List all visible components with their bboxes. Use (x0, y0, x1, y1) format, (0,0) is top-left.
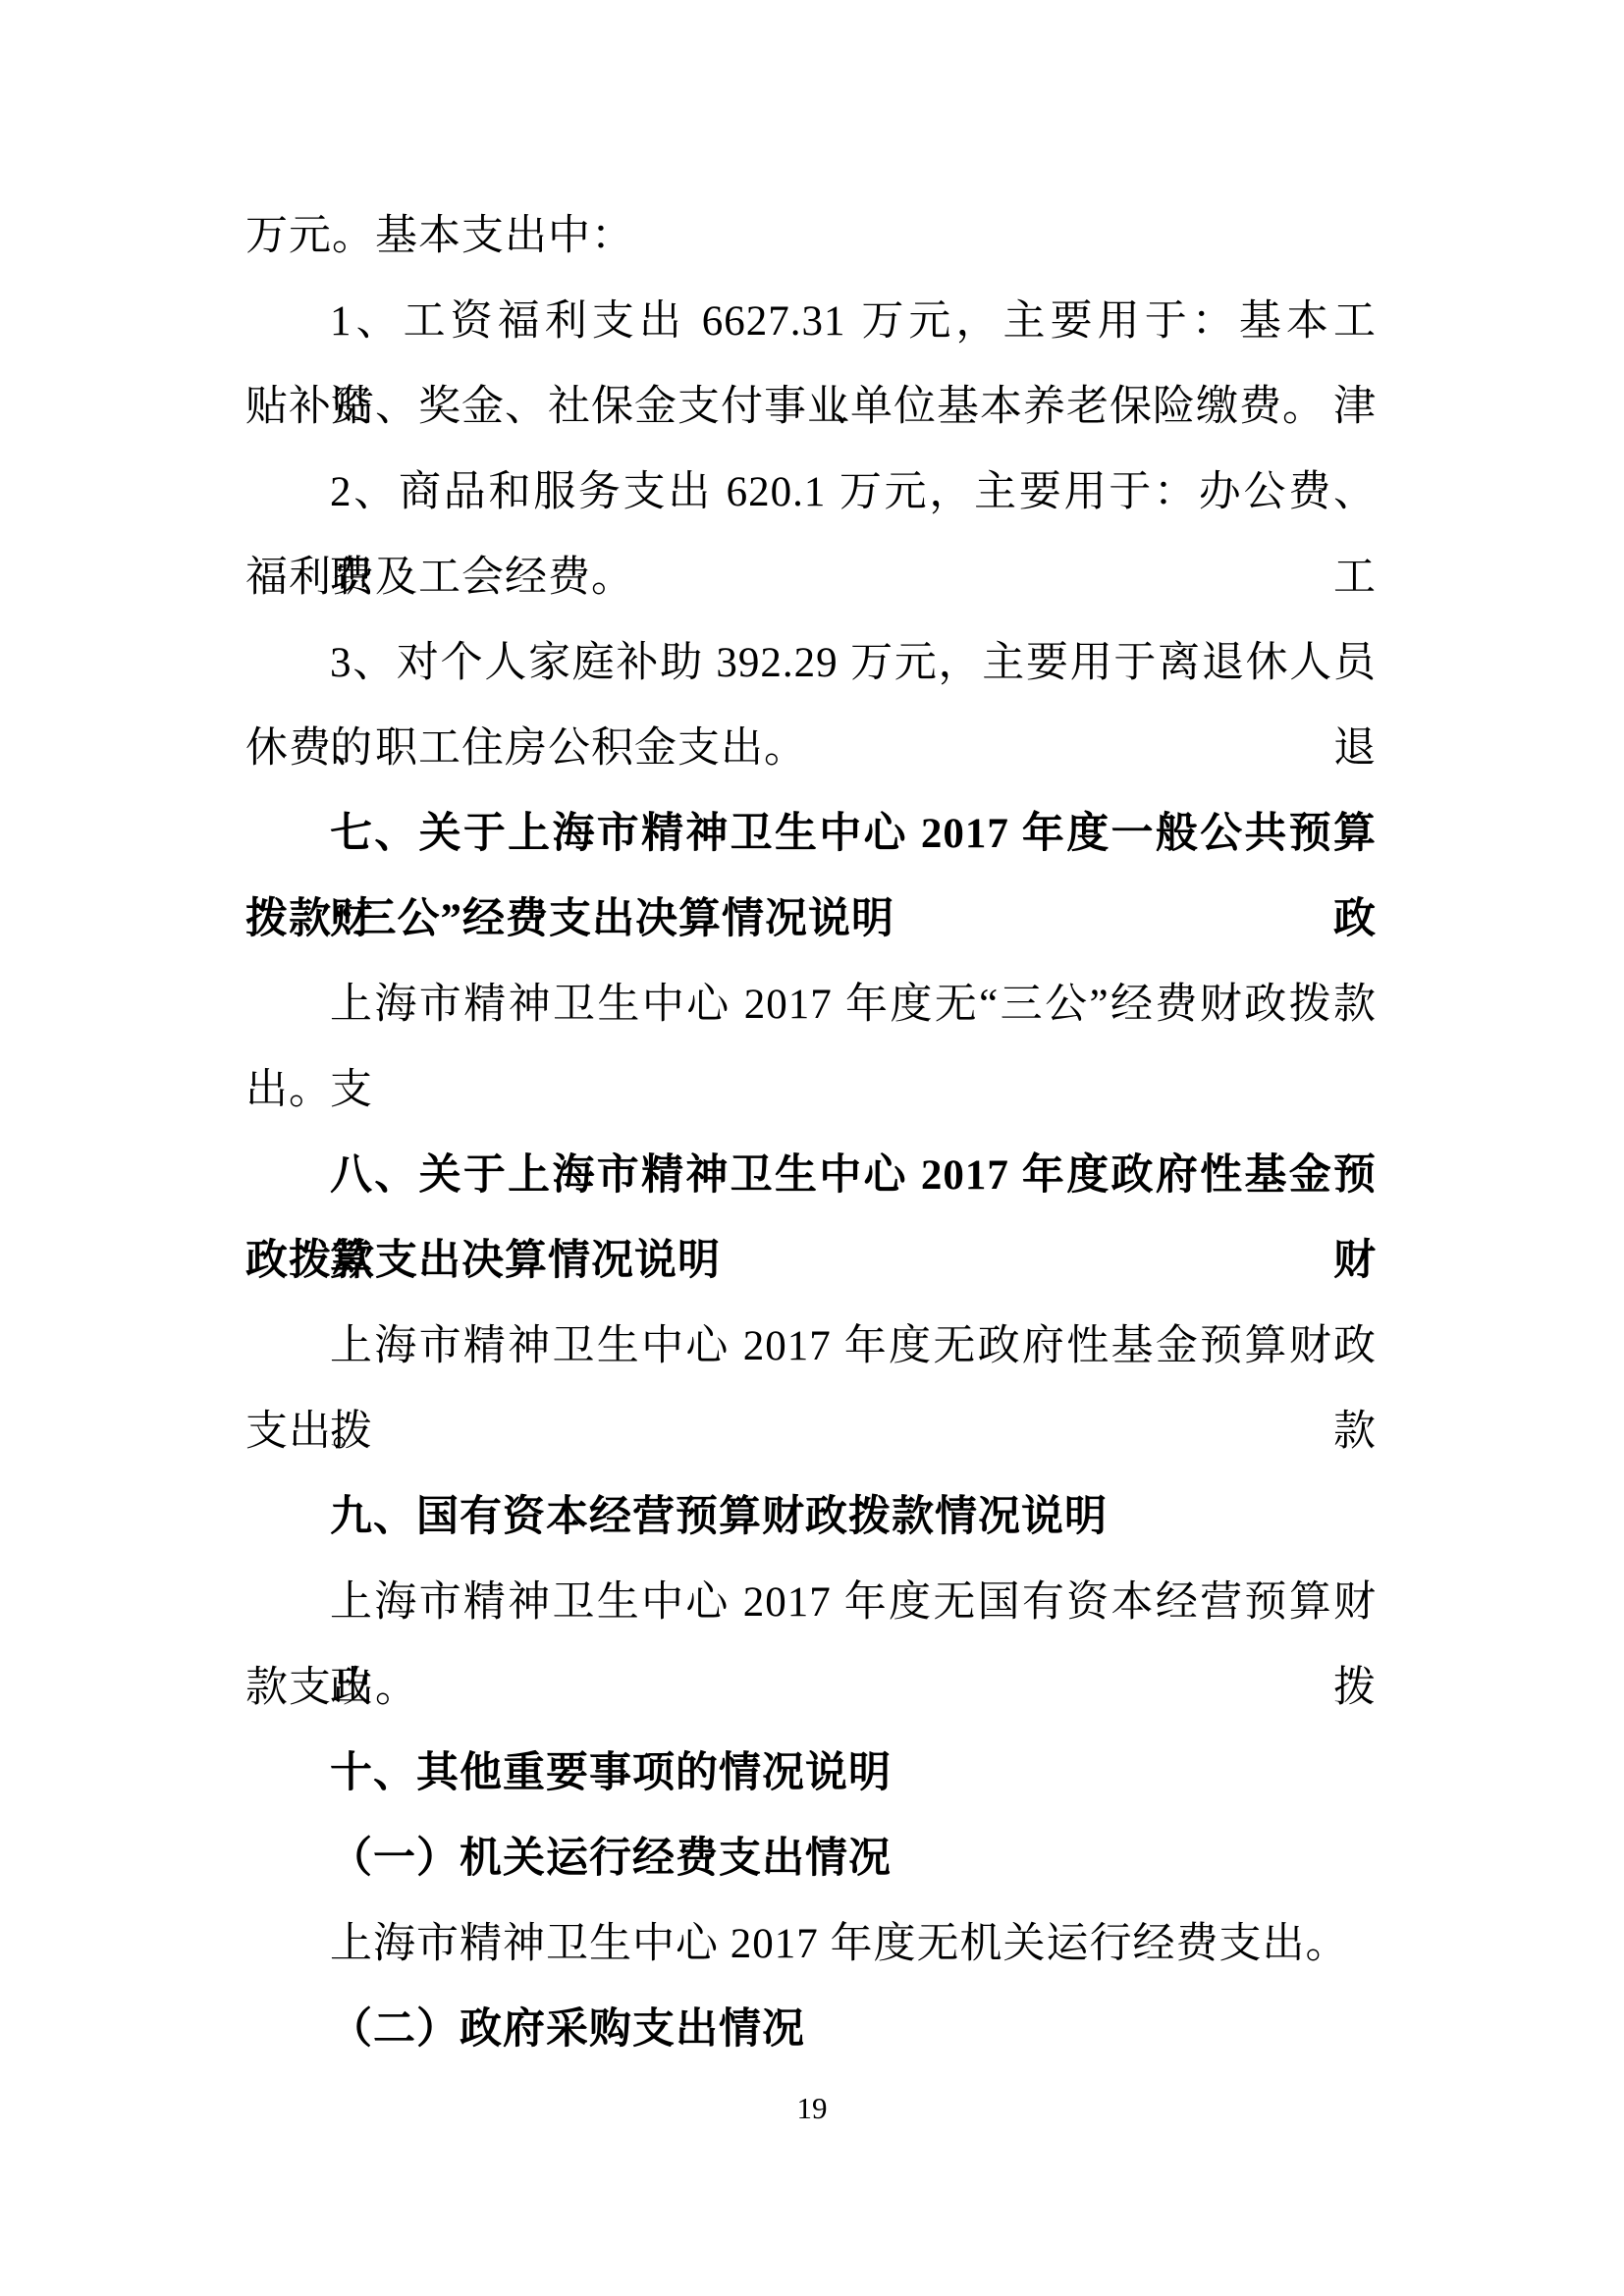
document-body: 万元。基本支出中： 1、工资福利支出 6627.31 万元，主要用于：基本工资、… (245, 193, 1377, 2072)
text-line-paragraph: 上海市精神卫生中心 2017 年度无政府性基金预算财政拨款 (245, 1304, 1377, 1389)
text-line-continuation: 贴补贴、奖金、社保金支付事业单位基本养老保险缴费。 (245, 364, 1377, 450)
heading-section-8: 八、关于上海市精神卫生中心 2017 年度政府性基金预算财 (245, 1133, 1377, 1218)
document-page: 万元。基本支出中： 1、工资福利支出 6627.31 万元，主要用于：基本工资、… (0, 0, 1624, 2296)
text-line-continuation: 万元。基本支出中： (245, 193, 1377, 279)
heading-subsection-2: （二）政府采购支出情况 (245, 1987, 1377, 2072)
text-line-continuation: 出。 (245, 1047, 1377, 1133)
text-line-item-2: 2、商品和服务支出 620.1 万元，主要用于：办公费、职工 (245, 450, 1377, 535)
heading-section-7: 七、关于上海市精神卫生中心 2017 年度一般公共预算财政 (245, 791, 1377, 877)
heading-section-9: 九、国有资本经营预算财政拨款情况说明 (245, 1474, 1377, 1560)
page-number: 19 (0, 2089, 1624, 2128)
text-line-paragraph: 上海市精神卫生中心 2017 年度无国有资本经营预算财政拨 (245, 1560, 1377, 1645)
heading-section-10: 十、其他重要事项的情况说明 (245, 1731, 1377, 1816)
text-line-item-1: 1、工资福利支出 6627.31 万元，主要用于：基本工资、津 (245, 279, 1377, 364)
text-line-paragraph: 上海市精神卫生中心 2017 年度无机关运行经费支出。 (245, 1901, 1377, 1987)
text-line-item-3: 3、对个人家庭补助 392.29 万元，主要用于离退休人员的退 (245, 620, 1377, 706)
text-line-paragraph: 上海市精神卫生中心 2017 年度无“三公”经费财政拨款支 (245, 962, 1377, 1047)
heading-subsection-1: （一）机关运行经费支出情况 (245, 1816, 1377, 1901)
